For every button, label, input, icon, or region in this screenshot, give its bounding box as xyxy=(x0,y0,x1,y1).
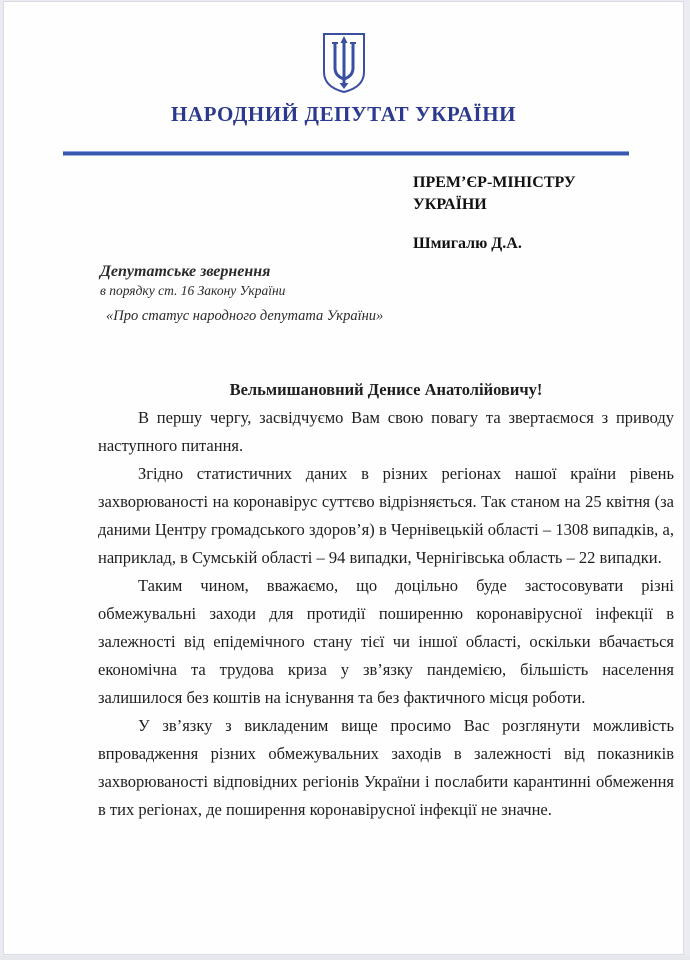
reference-type: Депутатське звернення xyxy=(100,262,383,282)
paragraph-2: Згідно статистичних даних в різних регіо… xyxy=(98,460,674,572)
paragraph-4: У зв’язку з викладеним вище просимо Вас … xyxy=(98,712,674,824)
document-photo: { "letterhead": { "emblem_icon": "tryzub… xyxy=(0,0,690,960)
paragraph-1: В першу чергу, засвідчуємо Вам свою пова… xyxy=(98,404,674,460)
tryzub-shield-icon xyxy=(321,32,367,94)
letterhead-rule xyxy=(63,151,629,156)
reference-block: Депутатське звернення в порядку ст. 16 З… xyxy=(100,262,383,325)
letterhead-title: НАРОДНИЙ ДЕПУТАТ УКРАЇНИ xyxy=(4,102,683,127)
reference-law: «Про статус народного депутата України» xyxy=(100,307,383,325)
reference-basis: в порядку ст. 16 Закону України xyxy=(100,282,383,299)
photo-edge-right xyxy=(685,0,690,960)
letter-page: НАРОДНИЙ ДЕПУТАТ УКРАЇНИ ПРЕМ’ЄР-МІНІСТР… xyxy=(3,1,684,955)
addressee-block: ПРЕМ’ЄР-МІНІСТРУ УКРАЇНИ Шмигалю Д.А. xyxy=(413,172,576,255)
photo-edge-bottom xyxy=(0,956,690,960)
addressee-post-line1: ПРЕМ’ЄР-МІНІСТРУ xyxy=(413,172,576,194)
salutation: Вельмишановний Денисе Анатолійовичу! xyxy=(98,376,674,404)
addressee-post-line2: УКРАЇНИ xyxy=(413,194,576,216)
letter-body: Вельмишановний Денисе Анатолійовичу! В п… xyxy=(98,376,674,824)
addressee-name: Шмигалю Д.А. xyxy=(413,233,576,255)
paragraph-3: Таким чином, вважаємо, що доцільно буде … xyxy=(98,572,674,712)
